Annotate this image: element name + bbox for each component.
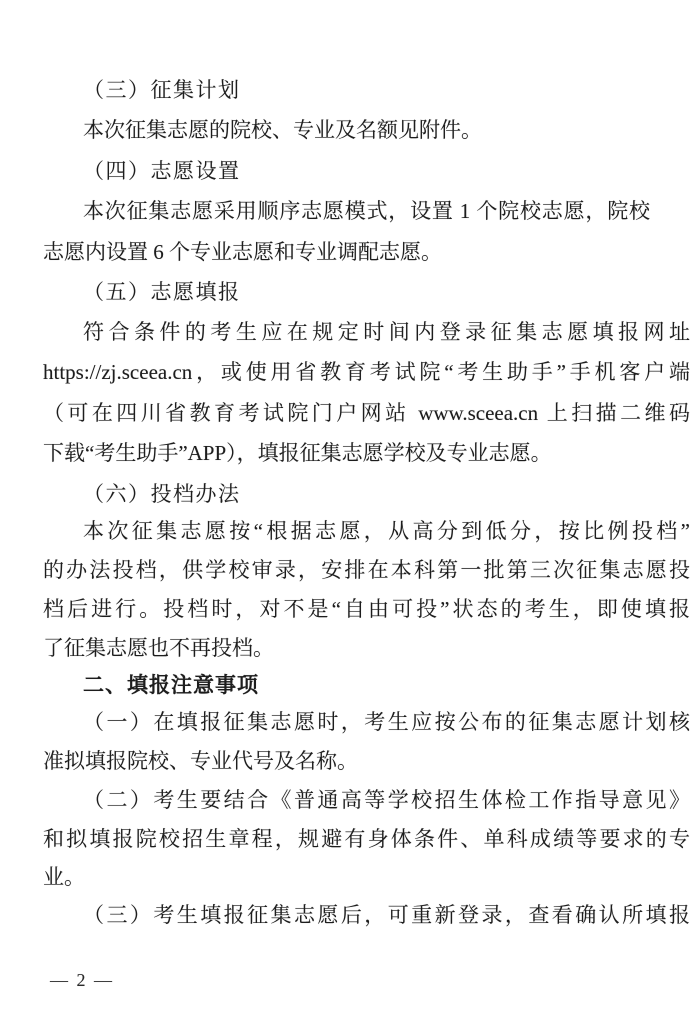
- line-note-2-2: 和拟填报院校招生章程，规避有身体条件、单科成绩等要求的专: [43, 826, 690, 852]
- line-note-3-1: （三）考生填报征集志愿后，可重新登录，查看确认所填报: [43, 902, 690, 928]
- heading-volunteer-filing: （五）志愿填报: [43, 279, 690, 305]
- line-volunteer-filing-1: 符合条件的考生应在规定时间内登录征集志愿填报网址: [43, 319, 690, 345]
- page-number: — 2 —: [50, 970, 114, 991]
- heading-dispatch-method: （六）投档办法: [43, 481, 690, 507]
- line-dispatch-method-3: 档后进行。投档时，对不是“自由可投”状态的考生，即使填报: [43, 596, 690, 622]
- line-note-2-1: （二）考生要结合《普通高等学校招生体检工作指导意见》: [43, 787, 690, 813]
- line-volunteer-setup-1: 本次征集志愿采用顺序志愿模式，设置 1 个院校志愿，院校: [43, 198, 650, 224]
- heading-filing-notes: 二、填报注意事项: [43, 673, 690, 699]
- line-dispatch-method-4: 了征集志愿也不再投档。: [43, 635, 690, 661]
- document-page: （三）征集计划 本次征集志愿的院校、专业及名额见附件。 （四）志愿设置 本次征集…: [0, 0, 699, 1026]
- line-collection-plan-body: 本次征集志愿的院校、专业及名额见附件。: [43, 117, 690, 143]
- line-note-1-2: 准拟填报院校、专业代号及名称。: [43, 748, 690, 774]
- line-volunteer-filing-4: 下载“考生助手”APP），填报征集志愿学校及专业志愿。: [43, 440, 690, 466]
- line-note-2-3: 业。: [43, 864, 690, 890]
- line-dispatch-method-2: 的办法投档，供学校审录，安排在本科第一批第三次征集志愿投: [43, 557, 690, 583]
- line-volunteer-filing-2: https://zj.sceea.cn，或使用省教育考试院“考生助手”手机客户端: [43, 359, 690, 385]
- line-dispatch-method-1: 本次征集志愿按“根据志愿，从高分到低分，按比例投档”: [43, 518, 690, 544]
- line-volunteer-filing-3: （可在四川省教育考试院门户网站 www.sceea.cn 上扫描二维码: [43, 400, 690, 426]
- heading-volunteer-setup: （四）志愿设置: [43, 158, 690, 184]
- line-volunteer-setup-2: 志愿内设置 6 个专业志愿和专业调配志愿。: [43, 239, 690, 265]
- heading-collection-plan: （三）征集计划: [43, 77, 690, 103]
- line-note-1-1: （一）在填报征集志愿时，考生应按公布的征集志愿计划核: [43, 709, 690, 735]
